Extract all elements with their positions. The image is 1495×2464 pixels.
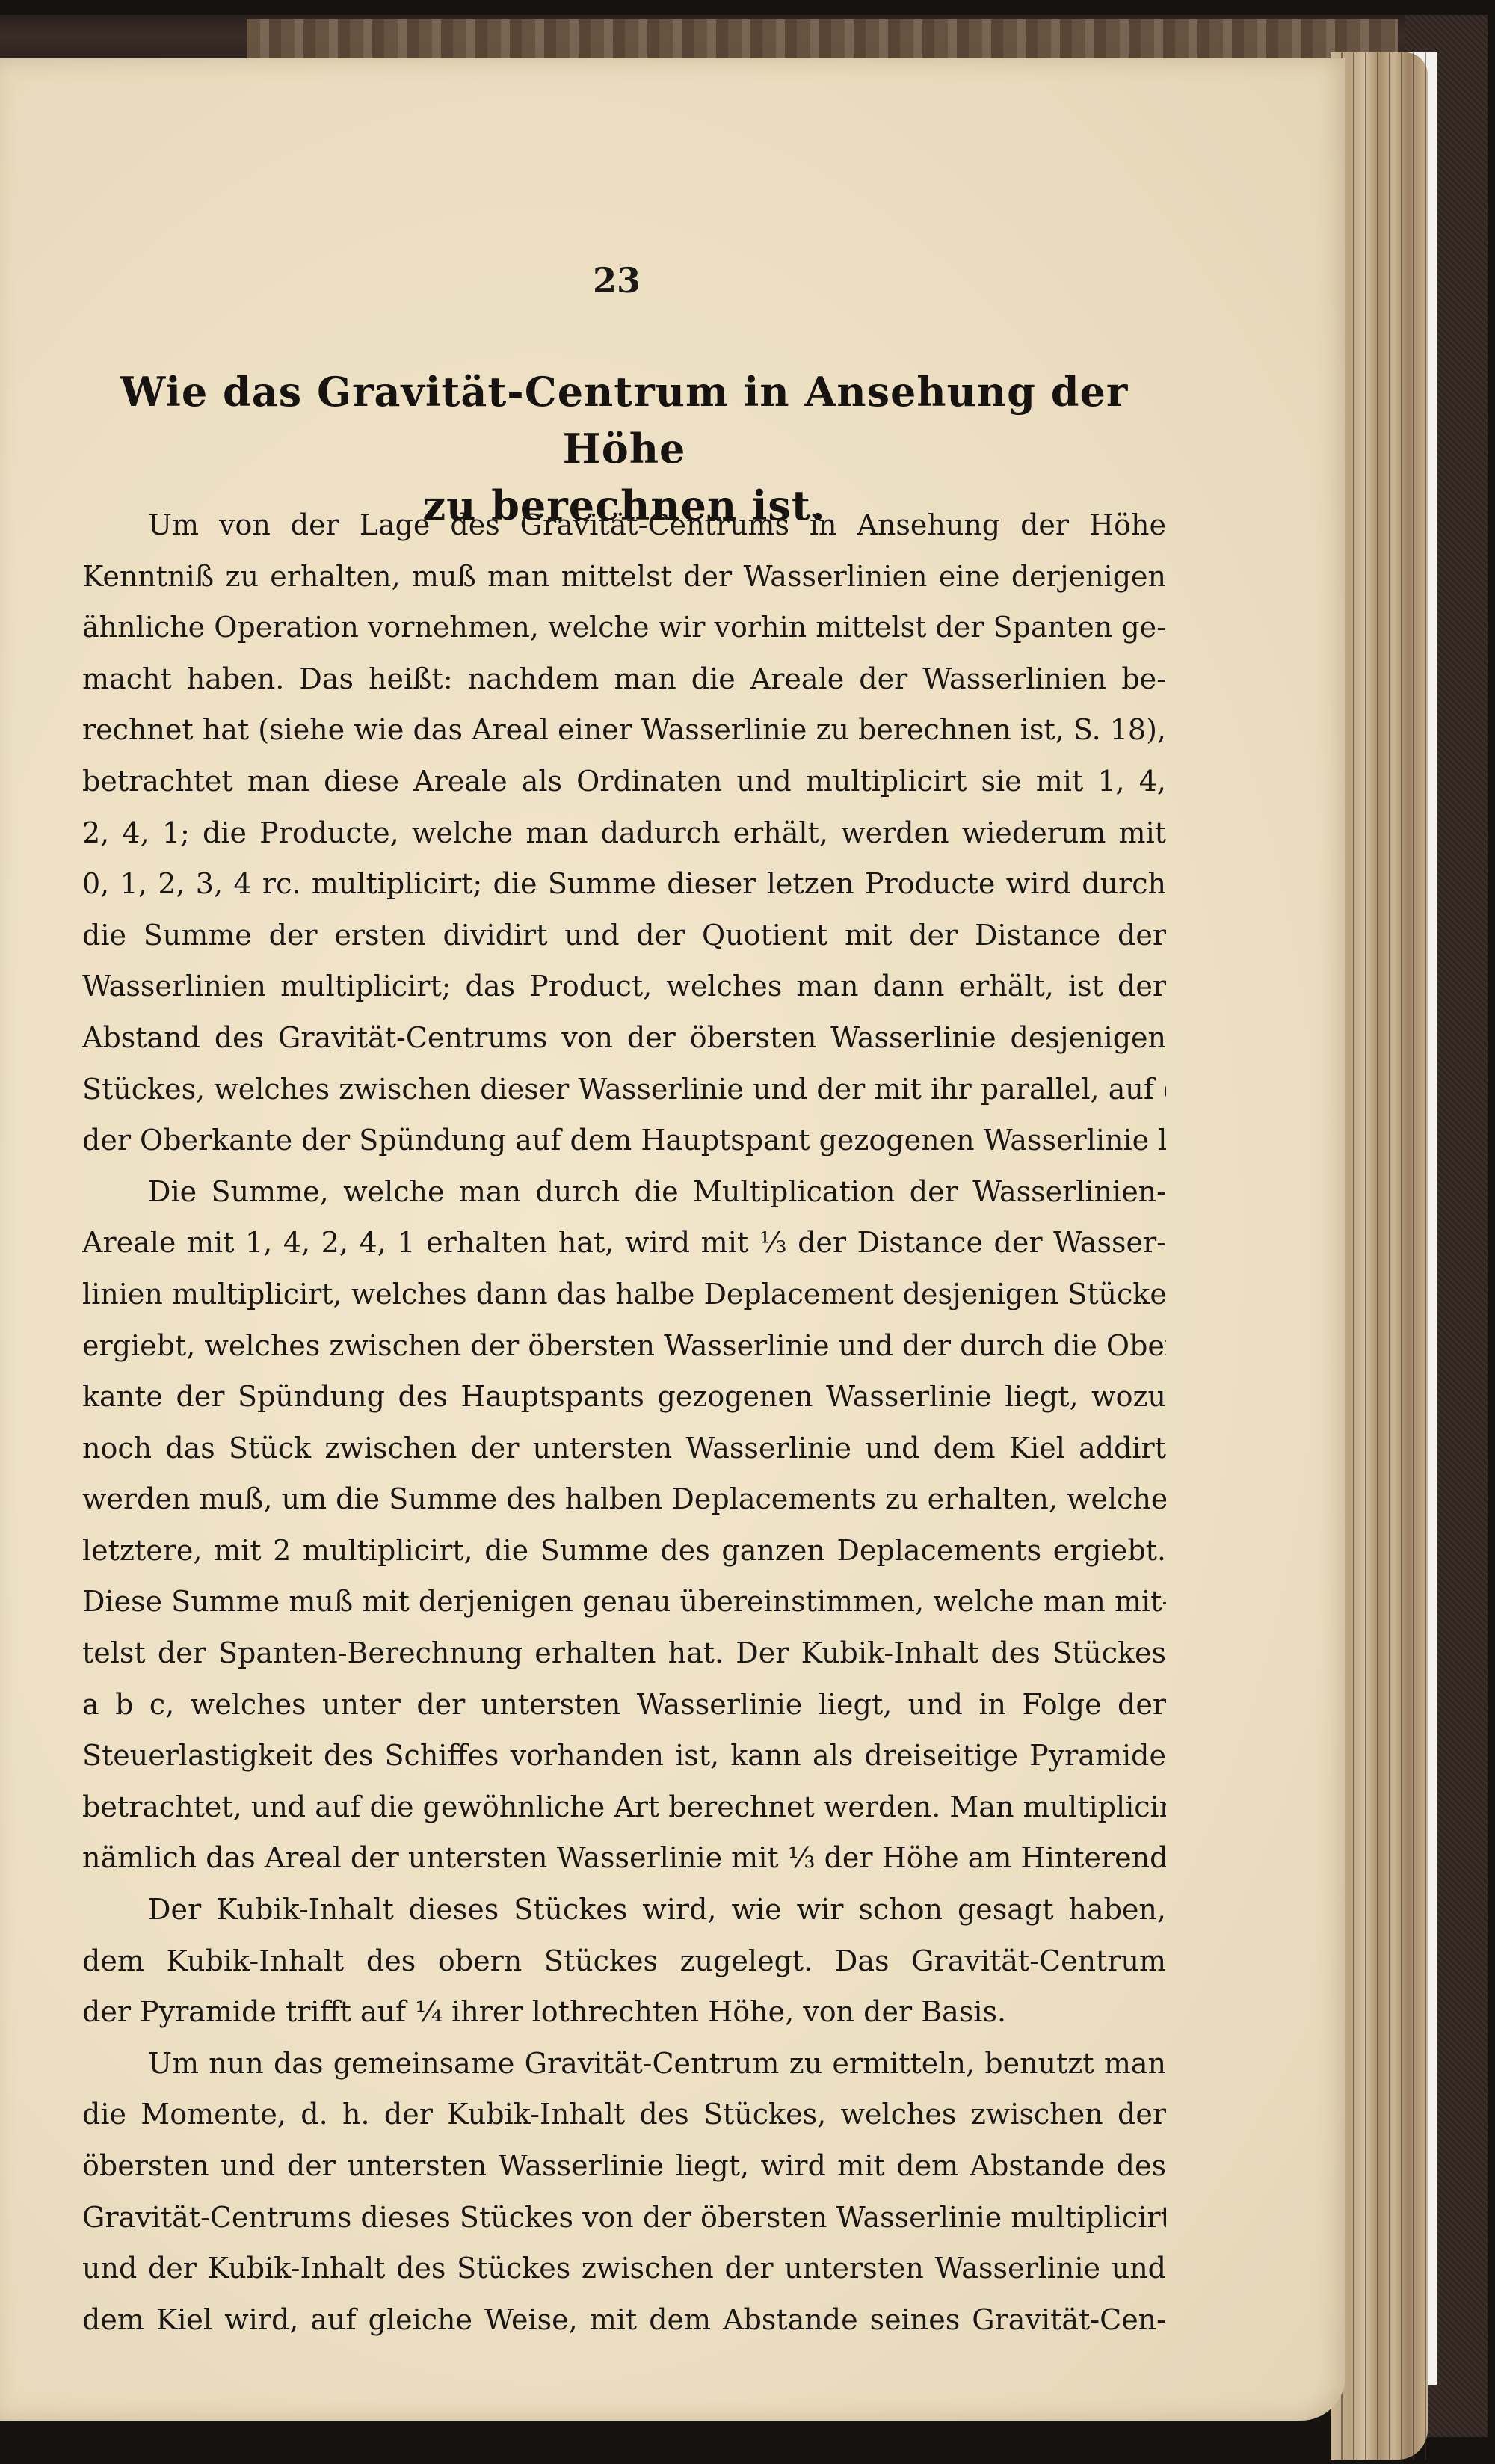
text-line: Wasserlinien multiplicirt; das Product, … bbox=[82, 961, 1166, 1012]
text-line: Um nun das gemeinsame Gravität-Centrum z… bbox=[82, 2038, 1166, 2089]
book-spine-edge bbox=[247, 19, 1398, 58]
text-line: Die Summe, welche man durch die Multipli… bbox=[82, 1166, 1166, 1218]
text-line: Der Kubik-Inhalt dieses Stückes wird, wi… bbox=[82, 1884, 1166, 1935]
text-line: betrachtet, und auf die gewöhnliche Art … bbox=[82, 1781, 1166, 1833]
body-text: Um von der Lage des Gravität-Centrums in… bbox=[82, 499, 1166, 2345]
text-line: kante der Spündung des Hauptspants gezog… bbox=[82, 1371, 1166, 1423]
text-line: telst der Spanten-Berechnung erhalten ha… bbox=[82, 1627, 1166, 1679]
text-line: Kenntniß zu erhalten, muß man mittelst d… bbox=[82, 551, 1166, 603]
section-title-line-1: Wie das Gravität-Centrum in Ansehung der… bbox=[82, 363, 1166, 477]
text-line: macht haben. Das heißt: nachdem man die … bbox=[82, 653, 1166, 705]
text-line: a b c, welches unter der untersten Wasse… bbox=[82, 1679, 1166, 1731]
text-line: Gravität-Centrums dieses Stückes von der… bbox=[82, 2192, 1166, 2243]
text-line: Stückes, welches zwischen dieser Wasserl… bbox=[82, 1064, 1166, 1115]
text-line: letztere, mit 2 multiplicirt, die Summe … bbox=[82, 1525, 1166, 1577]
book-page: 23 Wie das Gravität-Centrum in Ansehung … bbox=[0, 58, 1345, 2421]
text-line: der Pyramide trifft auf ¼ ihrer lothrech… bbox=[82, 1986, 1166, 2038]
text-line: ergiebt, welches zwischen der öbersten W… bbox=[82, 1320, 1166, 1372]
text-line: und der Kubik-Inhalt des Stückes zwische… bbox=[82, 2243, 1166, 2294]
text-line: nämlich das Areal der untersten Wasserli… bbox=[82, 1832, 1166, 1884]
text-line: dem Kubik-Inhalt des obern Stückes zugel… bbox=[82, 1935, 1166, 1987]
text-line: rechnet hat (siehe wie das Areal einer W… bbox=[82, 704, 1166, 756]
page-number: 23 bbox=[0, 260, 1233, 301]
text-line: Abstand des Gravität-Centrums von der öb… bbox=[82, 1012, 1166, 1064]
text-line: betrachtet man diese Areale als Ordinate… bbox=[82, 756, 1166, 807]
text-line: Steuerlastigkeit des Schiffes vorhanden … bbox=[82, 1730, 1166, 1781]
text-line: werden muß, um die Summe des halben Depl… bbox=[82, 1473, 1166, 1525]
text-line: öbersten und der untersten Wasserlinie l… bbox=[82, 2140, 1166, 2192]
text-line: Um von der Lage des Gravität-Centrums in… bbox=[82, 499, 1166, 551]
text-line: ähnliche Operation vornehmen, welche wir… bbox=[82, 602, 1166, 653]
text-line: 0, 1, 2, 3, 4 rc. multiplicirt; die Summ… bbox=[82, 858, 1166, 910]
text-line: Diese Summe muß mit derjenigen genau übe… bbox=[82, 1576, 1166, 1627]
text-line: die Summe der ersten dividirt und der Qu… bbox=[82, 910, 1166, 961]
text-line: dem Kiel wird, auf gleiche Weise, mit de… bbox=[82, 2294, 1166, 2346]
text-line: die Momente, d. h. der Kubik-Inhalt des … bbox=[82, 2089, 1166, 2140]
text-line: Areale mit 1, 4, 2, 4, 1 erhalten hat, w… bbox=[82, 1217, 1166, 1269]
text-line: der Oberkante der Spündung auf dem Haupt… bbox=[82, 1115, 1166, 1166]
text-line: 2, 4, 1; die Producte, welche man dadurc… bbox=[82, 807, 1166, 859]
text-line: noch das Stück zwischen der untersten Wa… bbox=[82, 1423, 1166, 1474]
text-line: linien multiplicirt, welches dann das ha… bbox=[82, 1269, 1166, 1320]
